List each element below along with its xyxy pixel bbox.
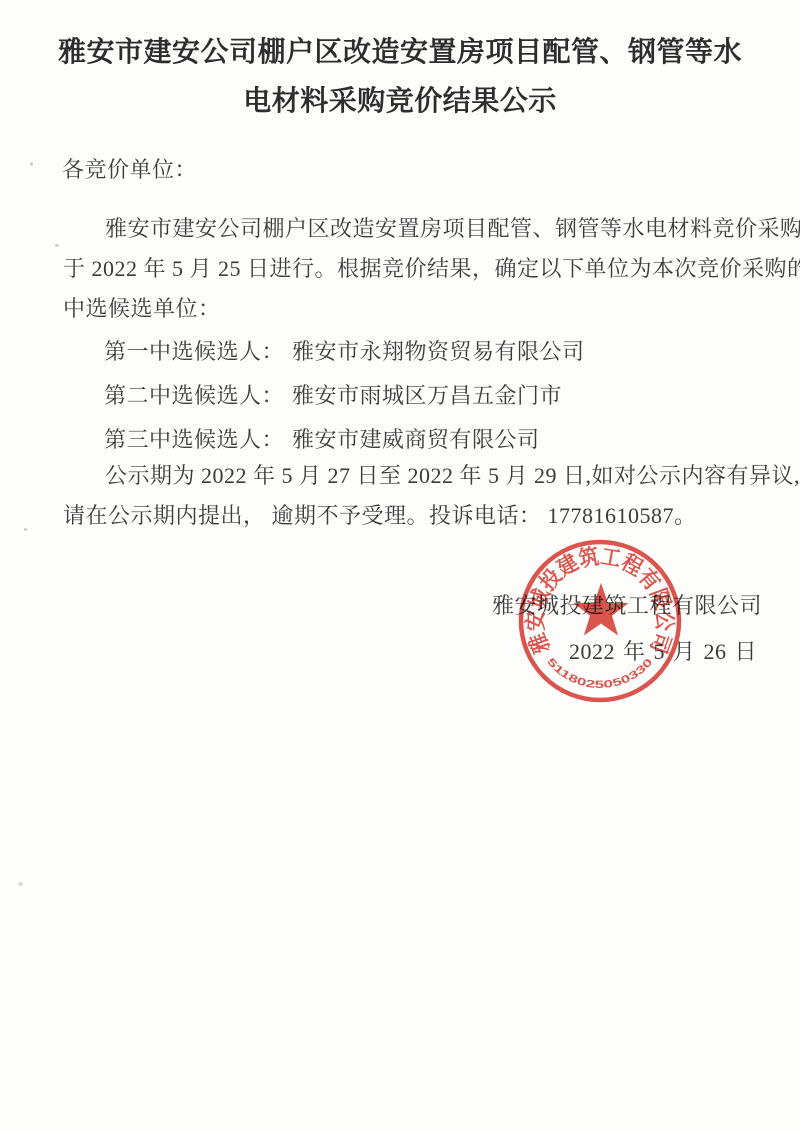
scan-artifact xyxy=(18,882,23,886)
candidate-2-name: 雅安市雨城区万昌五金门市 xyxy=(292,383,562,408)
candidate-row-2: 第二中选候选人：雅安市雨城区万昌五金门市 xyxy=(104,374,585,418)
body-paragraph-1: 雅安市建安公司棚户区改造安置房项目配管、钢管等水电材料竞价采购 于 2022 年… xyxy=(63,209,770,329)
candidate-1-label: 第一中选候选人： xyxy=(104,339,284,364)
company-seal: 雅安城投建筑工程有限公司 5118025050330 xyxy=(514,535,686,707)
scan-artifact xyxy=(24,528,27,531)
paragraph1-line-2: 于 2022 年 5 月 25 日进行。根据竞价结果，确定以下单位为本次竞价采购… xyxy=(63,249,770,289)
seal-number: 5118025050330 xyxy=(544,656,655,691)
paragraph1-line-1: 雅安市建安公司棚户区改造安置房项目配管、钢管等水电材料竞价采购 xyxy=(63,209,770,249)
candidate-3-label: 第三中选候选人： xyxy=(104,427,284,452)
scan-artifact xyxy=(30,162,33,166)
title-line-1: 雅安市建安公司棚户区改造安置房项目配管、钢管等水 xyxy=(40,27,760,76)
candidate-1-name: 雅安市永翔物资贸易有限公司 xyxy=(292,339,585,364)
body-paragraph-2: 公示期为 2022 年 5 月 27 日至 2022 年 5 月 29 日,如对… xyxy=(63,456,770,536)
paragraph1-line-3: 中选候选单位： xyxy=(63,289,770,329)
svg-text:5118025050330: 5118025050330 xyxy=(544,656,655,691)
candidate-row-1: 第一中选候选人：雅安市永翔物资贸易有限公司 xyxy=(104,330,585,374)
candidate-3-name: 雅安市建威商贸有限公司 xyxy=(292,427,540,452)
document-title: 雅安市建安公司棚户区改造安置房项目配管、钢管等水 电材料采购竞价结果公示 xyxy=(40,27,760,125)
document-page: 雅安市建安公司棚户区改造安置房项目配管、钢管等水 电材料采购竞价结果公示 各竞价… xyxy=(0,0,800,1131)
salutation: 各竞价单位： xyxy=(62,152,197,188)
title-line-2: 电材料采购竞价结果公示 xyxy=(40,76,760,125)
candidate-2-label: 第二中选候选人： xyxy=(104,383,284,408)
candidate-list: 第一中选候选人：雅安市永翔物资贸易有限公司 第二中选候选人：雅安市雨城区万昌五金… xyxy=(104,330,585,462)
paragraph2-line-1: 公示期为 2022 年 5 月 27 日至 2022 年 5 月 29 日,如对… xyxy=(63,456,770,496)
seal-star-icon xyxy=(573,583,628,636)
paragraph2-line-2: 请在公示期内提出， 逾期不予受理。投诉电话： 17781610587。 xyxy=(63,496,770,536)
scan-artifact xyxy=(55,244,59,247)
